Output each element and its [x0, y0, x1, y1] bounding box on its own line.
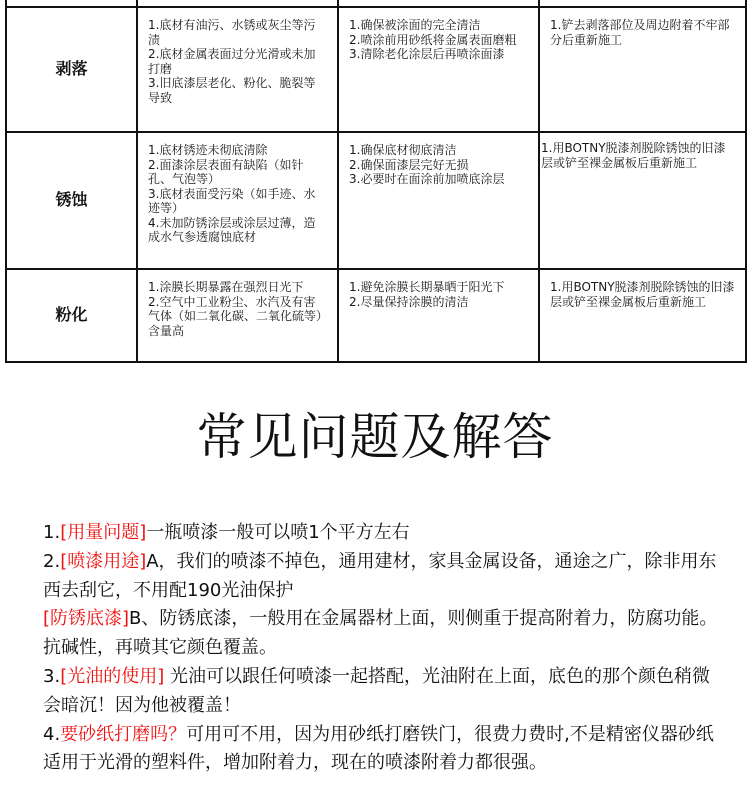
faq-tag: [喷漆用途] — [60, 551, 146, 572]
defect-label: 剥落 — [6, 7, 137, 132]
faq-list: 1.[用量问题]一瓶喷漆一般可以喷1个平方左右 2.[喷漆用途]A，我们的喷漆不… — [43, 519, 723, 778]
prevention-cell: 1.确保被涂面的完全清洁 2.喷涂前用砂纸将金属表面磨粗 3.清除老化涂层后再喷… — [338, 7, 539, 132]
prevention-cell: 1.避免涂膜长期暴晒于阳光下 2.尽量保持涂膜的清洁 — [338, 269, 539, 362]
faq-tag: [用量问题] — [60, 522, 146, 543]
remedy-cell: 1.用BOTNY脱漆剂脱除锈蚀的旧漆层或铲至裸金属板后重新施工 — [539, 269, 746, 362]
remedy-cell: 1.铲去剥落部位及周边附着不牢部分后重新施工 — [539, 7, 746, 132]
paint-defects-table: 剥落 1.底材有油污、水锈或灰尘等污渍 2.底材金属表面过分光滑或未加打磨 3.… — [5, 0, 747, 363]
table-row-stub — [6, 0, 746, 7]
defect-label: 锈蚀 — [6, 132, 137, 269]
faq-tag: [光油的使用] — [60, 666, 164, 687]
remedy-cell: 1.用BOTNY脱漆剂脱除锈蚀的旧漆层或铲至裸金属板后重新施工 — [539, 132, 746, 269]
causes-cell: 1.涂膜长期暴露在强烈日光下 2.空气中工业粉尘、水汽及有害气体（如二氧化碳、二… — [137, 269, 338, 362]
faq-tag: 要砂纸打磨吗？ — [60, 724, 186, 745]
faq-item: 3.[光油的使用] 光油可以跟任何喷漆一起搭配，光油附在上面，底色的那个颜色稍微… — [43, 663, 723, 721]
table-row: 剥落 1.底材有油污、水锈或灰尘等污渍 2.底材金属表面过分光滑或未加打磨 3.… — [6, 7, 746, 132]
faq-item: 4.要砂纸打磨吗？可用可不用，因为用砂纸打磨铁门，很费力费时,不是精密仪器砂纸适… — [43, 721, 723, 779]
table-row: 粉化 1.涂膜长期暴露在强烈日光下 2.空气中工业粉尘、水汽及有害气体（如二氧化… — [6, 269, 746, 362]
faq-item: 1.[用量问题]一瓶喷漆一般可以喷1个平方左右 — [43, 519, 723, 548]
faq-item: 2.[喷漆用途]A，我们的喷漆不掉色，通用建材，家具金属设备，通途之广，除非用东… — [43, 548, 723, 606]
faq-title: 常见问题及解答 — [0, 405, 750, 469]
causes-cell: 1.底材锈迹未彻底清除 2.面漆涂层表面有缺陷（如针孔、气泡等） 3.底材表面受… — [137, 132, 338, 269]
table-row: 锈蚀 1.底材锈迹未彻底清除 2.面漆涂层表面有缺陷（如针孔、气泡等） 3.底材… — [6, 132, 746, 269]
causes-cell: 1.底材有油污、水锈或灰尘等污渍 2.底材金属表面过分光滑或未加打磨 3.旧底漆… — [137, 7, 338, 132]
prevention-cell: 1.确保底材彻底清洁 2.确保面漆层完好无损 3.必要时在面涂前加喷底涂层 — [338, 132, 539, 269]
faq-tag: [防锈底漆] — [43, 608, 129, 629]
faq-item: [防锈底漆]B、防锈底漆，一般用在金属器材上面，则侧重于提高附着力，防腐功能。抗… — [43, 605, 723, 663]
defect-label: 粉化 — [6, 269, 137, 362]
